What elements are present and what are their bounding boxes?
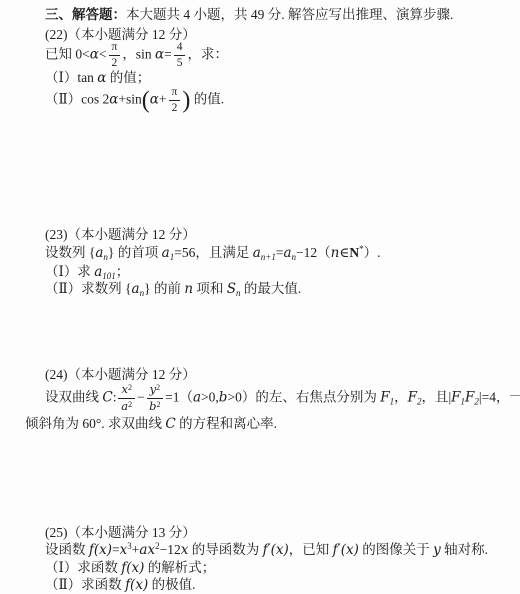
fraction-pi-2: π2	[169, 86, 181, 115]
text-run: } 的前	[144, 281, 184, 296]
text-run: 设函数	[45, 542, 89, 557]
q25-part1: （Ⅰ）求函数 f(x) 的解析式；	[45, 559, 215, 577]
text-run: ∈	[339, 245, 349, 260]
text-run: 设双曲线	[45, 390, 102, 405]
text-run: (24)（本小题满分 12 分）	[45, 367, 196, 382]
math-var-c: C	[165, 416, 175, 432]
q22-given: 已知 0<α<π2，sin α=45，求：	[45, 41, 228, 70]
text-run: <	[99, 47, 107, 62]
math-set-n: N	[349, 245, 359, 260]
q22-part1: （Ⅰ）tan α 的值；	[45, 69, 150, 87]
math-var-y: y	[433, 542, 441, 558]
math-var-a: a	[253, 245, 261, 261]
text-run: =	[112, 542, 120, 557]
text-run: 的方程和离心率.	[176, 416, 277, 431]
text-run: (22)（本小题满分 12 分）	[45, 27, 196, 42]
text-run: 的最大值.	[241, 281, 302, 296]
text-run: ，sin	[122, 47, 155, 62]
math-var-f: F	[465, 390, 474, 406]
subscript: n+1	[261, 252, 276, 262]
text-run: 已知 0<	[45, 47, 90, 62]
superscript: 2	[128, 383, 132, 392]
math-var-a: a	[162, 245, 170, 261]
text-run: −12	[160, 542, 181, 557]
superscript: 2	[156, 383, 160, 392]
q24-title: (24)（本小题满分 12 分）	[45, 366, 196, 383]
fraction-numerator: 4	[174, 41, 186, 56]
section-header: 三、解答题：本大题共 4 小题，共 49 分. 解答应写出推理、演算步骤.	[45, 6, 453, 23]
fraction-denominator: 2	[109, 56, 121, 70]
text-run: （Ⅰ）求函数	[45, 560, 121, 575]
text-run: >0）的左、右焦点分别为	[227, 390, 380, 405]
fraction-denominator: a2	[118, 399, 135, 414]
math-var-fx: f(x)	[89, 542, 112, 558]
text-run: +sin	[118, 92, 141, 107]
text-run: (25)（本小题满分 13 分）	[45, 525, 196, 540]
math-var-fx: f(x)	[125, 577, 148, 593]
text-run: （Ⅱ）求函数	[45, 577, 125, 592]
math-var-s: S	[227, 281, 236, 297]
text-run: 的值；	[106, 70, 150, 85]
math-var-n: n	[184, 281, 193, 297]
minus-sign: −	[137, 390, 145, 405]
fraction-numerator: π	[169, 86, 181, 101]
text-run: 项和	[193, 281, 227, 296]
fraction-y2-b2: y2b2	[147, 383, 164, 414]
text-run: +	[159, 92, 167, 107]
q23-title: (23)（本小题满分 12 分）	[45, 226, 196, 243]
math-var-f: F	[380, 390, 389, 406]
text-run: ，	[394, 390, 408, 405]
text-run: 的导函数为	[188, 542, 262, 557]
q25-part2: （Ⅱ）求函数 f(x) 的极值.	[45, 576, 195, 594]
q23-part1: （Ⅰ）求 a101；	[45, 263, 129, 281]
q25-setup: 设函数 f(x)=x3+ax2−12x 的导函数为 f′(x)，已知 f′(x)…	[45, 541, 488, 559]
text-run: 的解析式；	[144, 560, 215, 575]
text-run: |=4，一条渐近线的	[479, 390, 520, 405]
fraction-denominator: 2	[169, 101, 181, 115]
text-run: 轴对称.	[441, 542, 488, 557]
math-var-ax: ax	[139, 542, 155, 558]
math-var-b: b	[149, 399, 156, 413]
big-paren-left: (	[142, 88, 150, 114]
math-var-fprime-x: f′(x)	[263, 542, 289, 558]
math-var-c: C	[102, 390, 112, 406]
fraction-numerator: y2	[147, 383, 164, 399]
text-run: ，求：	[187, 47, 228, 62]
text-run: 本大题共 4 小题，共 49 分. 解答应写出推理、演算步骤.	[126, 7, 453, 22]
text-run: （Ⅱ）cos 2	[45, 92, 109, 107]
text-run: （Ⅰ）tan	[45, 70, 97, 85]
text-run: =56，且满足	[174, 245, 253, 260]
text-run: >0,	[201, 390, 219, 405]
text-run: } 的首项	[108, 245, 162, 260]
math-var-a: a	[283, 245, 291, 261]
text-run: （Ⅰ）求	[45, 264, 94, 279]
math-var-alpha: α	[155, 47, 164, 63]
text-run: 设数列 {	[45, 245, 95, 260]
text-run: 的图像关于	[359, 542, 433, 557]
fraction-numerator: x2	[118, 383, 135, 399]
text-run: ，且|	[421, 390, 451, 405]
math-var-a: a	[193, 390, 201, 406]
q23-part2: （Ⅱ）求数列 {an} 的前 n 项和 Sn 的最大值.	[45, 280, 301, 298]
math-var-f: F	[451, 390, 460, 406]
text-run: ；	[116, 264, 130, 279]
math-var-f: F	[408, 390, 417, 406]
fraction-4-5: 45	[174, 41, 186, 70]
q23-setup: 设数列 {an} 的首项 a1=56，且满足 an+1=an−12（n∈N*）.	[45, 244, 381, 262]
exam-page: 三、解答题：本大题共 4 小题，共 49 分. 解答应写出推理、演算步骤. (2…	[0, 0, 520, 594]
math-var-alpha: α	[150, 92, 159, 108]
q24-setup-cont: 倾斜角为 60°. 求双曲线 C 的方程和离心率.	[25, 415, 277, 433]
text-run: （Ⅱ）求数列 {	[45, 281, 132, 296]
q22-part2: （Ⅱ）cos 2α+sin(α+π2) 的值.	[45, 86, 224, 115]
superscript: 2	[128, 400, 132, 409]
text-run: 的值.	[190, 92, 224, 107]
q25-title: (25)（本小题满分 13 分）	[45, 524, 196, 541]
math-var-alpha: α	[97, 70, 106, 86]
q24-setup: 设双曲线 C:x2a2−y2b2=1（a>0,b>0）的左、右焦点分别为 F1，…	[45, 383, 520, 414]
text-run: 的极值.	[148, 577, 195, 592]
fraction-x2-a2: x2a2	[118, 383, 135, 414]
fraction-denominator: b2	[147, 399, 164, 414]
section-header-label: 三、解答题：	[45, 7, 126, 22]
text-run: ）.	[364, 245, 381, 260]
text-run: (23)（本小题满分 12 分）	[45, 227, 196, 242]
text-run: :	[113, 390, 117, 405]
text-run: −12（	[296, 245, 331, 260]
fraction-pi-2: π2	[109, 41, 121, 70]
text-run: ，已知	[289, 542, 333, 557]
math-var-fx: f(x)	[121, 560, 144, 576]
math-var-alpha: α	[90, 47, 99, 63]
fraction-numerator: π	[109, 41, 121, 56]
text-run: =1（	[165, 390, 193, 405]
math-var-fprime-x: f′(x)	[333, 542, 359, 558]
math-var-a: a	[132, 281, 140, 297]
fraction-denominator: 5	[174, 56, 186, 70]
text-run: =	[164, 47, 172, 62]
superscript: 2	[157, 400, 161, 409]
text-run: 倾斜角为 60°. 求双曲线	[25, 416, 165, 431]
